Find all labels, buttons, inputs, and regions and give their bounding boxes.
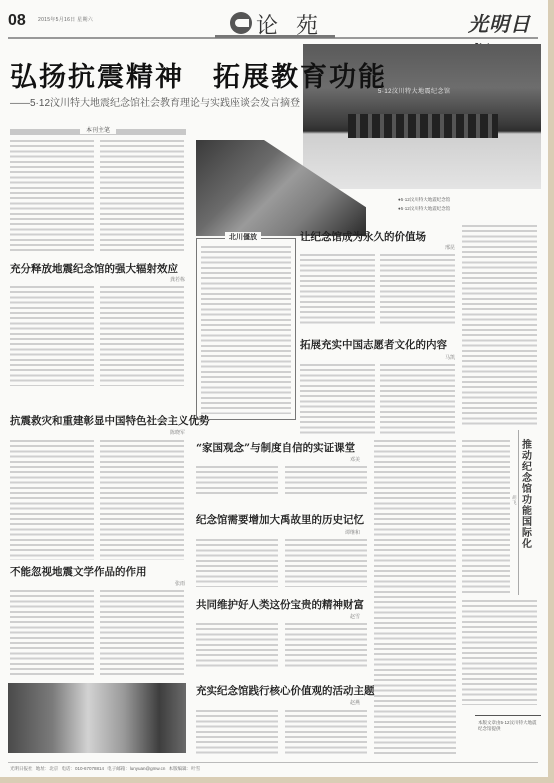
vertical-rule [518, 430, 519, 595]
article-byline: 邓美 [270, 456, 360, 463]
vertical-headline: 推动纪念馆功能国际化 [522, 440, 534, 550]
article-text [300, 254, 375, 326]
article-text [100, 286, 184, 386]
article-text [10, 440, 94, 560]
article-text [380, 254, 455, 326]
article-text [10, 590, 94, 675]
article-text [10, 140, 94, 252]
newspaper-page: 08 2015年5月16日 星期六 论苑 光明日报 5·12汶川特大地震纪念馆 … [0, 0, 548, 777]
footer-rule [8, 762, 538, 763]
article-headline: 让纪念馆成为永久的价值场 [300, 229, 426, 244]
article-byline: 马凯 [380, 354, 455, 361]
vertical-byline: 胡飞 [512, 495, 518, 505]
article-text [374, 440, 456, 755]
main-headline: 弘扬抗震精神 拓展教育功能 [10, 55, 387, 94]
article-text [100, 590, 184, 675]
sidebar-box-text [201, 246, 291, 414]
article-byline: 邢昆 [380, 244, 455, 251]
visitors-photo [8, 683, 186, 753]
article-byline: 陈晓军 [90, 429, 185, 436]
article-headline: “家国观念”与制度自信的实证课堂 [196, 440, 355, 455]
article-text [196, 539, 278, 587]
editor-note-rule [475, 715, 541, 716]
article-byline: 张雨 [90, 580, 185, 587]
article-headline: 抗震救灾和重建彰显中国特色社会主义优势 [10, 413, 210, 428]
article-text [10, 286, 94, 386]
sub-headline: ——5·12汶川特大地震纪念馆社会教育理论与实践座谈会发言摘登 [10, 94, 300, 109]
editor-note: 本版文章由5·12汶川特大地震纪念馆提供 [478, 720, 540, 732]
article-headline: 纪念馆需要增加大禹故里的历史记忆 [196, 512, 364, 527]
kicker-label: 本刊主笔 [80, 125, 116, 134]
article-text [462, 440, 510, 595]
photo-caption: ●5·12汶川特大地震纪念馆 [398, 197, 450, 203]
article-text [462, 600, 537, 705]
article-text [285, 710, 367, 755]
article-text [285, 539, 367, 587]
issue-date: 2015年5月16日 星期六 [38, 16, 93, 23]
article-text [100, 440, 184, 560]
article-headline: 拓展充实中国志愿者文化的内容 [300, 337, 447, 352]
article-byline: 赵燕 [270, 699, 360, 706]
article-text [300, 364, 375, 436]
footer-info: 光明日报社 地址：北京 电话：010-67078814 电子邮箱：lunyuan… [10, 766, 200, 772]
article-text [285, 466, 367, 496]
photo-caption: ●5·12汶川特大地震纪念馆 [398, 206, 450, 212]
memorial-sign: 5·12汶川特大地震纪念馆 [378, 86, 451, 95]
article-byline: 谭继和 [270, 529, 360, 536]
page-number: 08 [8, 12, 26, 30]
article-text [196, 623, 278, 668]
article-headline: 共同维护好人类这份宝贵的精神财富 [196, 597, 364, 612]
article-text [380, 364, 455, 436]
article-text [196, 710, 278, 755]
article-byline: 龚若栋 [90, 276, 185, 283]
article-text [285, 623, 367, 668]
header-rule-accent [215, 35, 335, 38]
article-headline: 不能忽视地震文学作品的作用 [10, 564, 147, 579]
article-headline: 充实纪念馆践行核心价值观的活动主题 [196, 683, 375, 698]
section-logo-icon [230, 12, 252, 34]
article-text [100, 140, 184, 252]
memorial-building [348, 114, 498, 138]
article-text [196, 466, 278, 496]
sidebar-box-title: 北川僵放 [225, 232, 261, 242]
article-byline: 赵雪 [270, 613, 360, 620]
article-text [462, 225, 537, 425]
article-headline: 充分释放地震纪念馆的强大辐射效应 [10, 261, 178, 276]
